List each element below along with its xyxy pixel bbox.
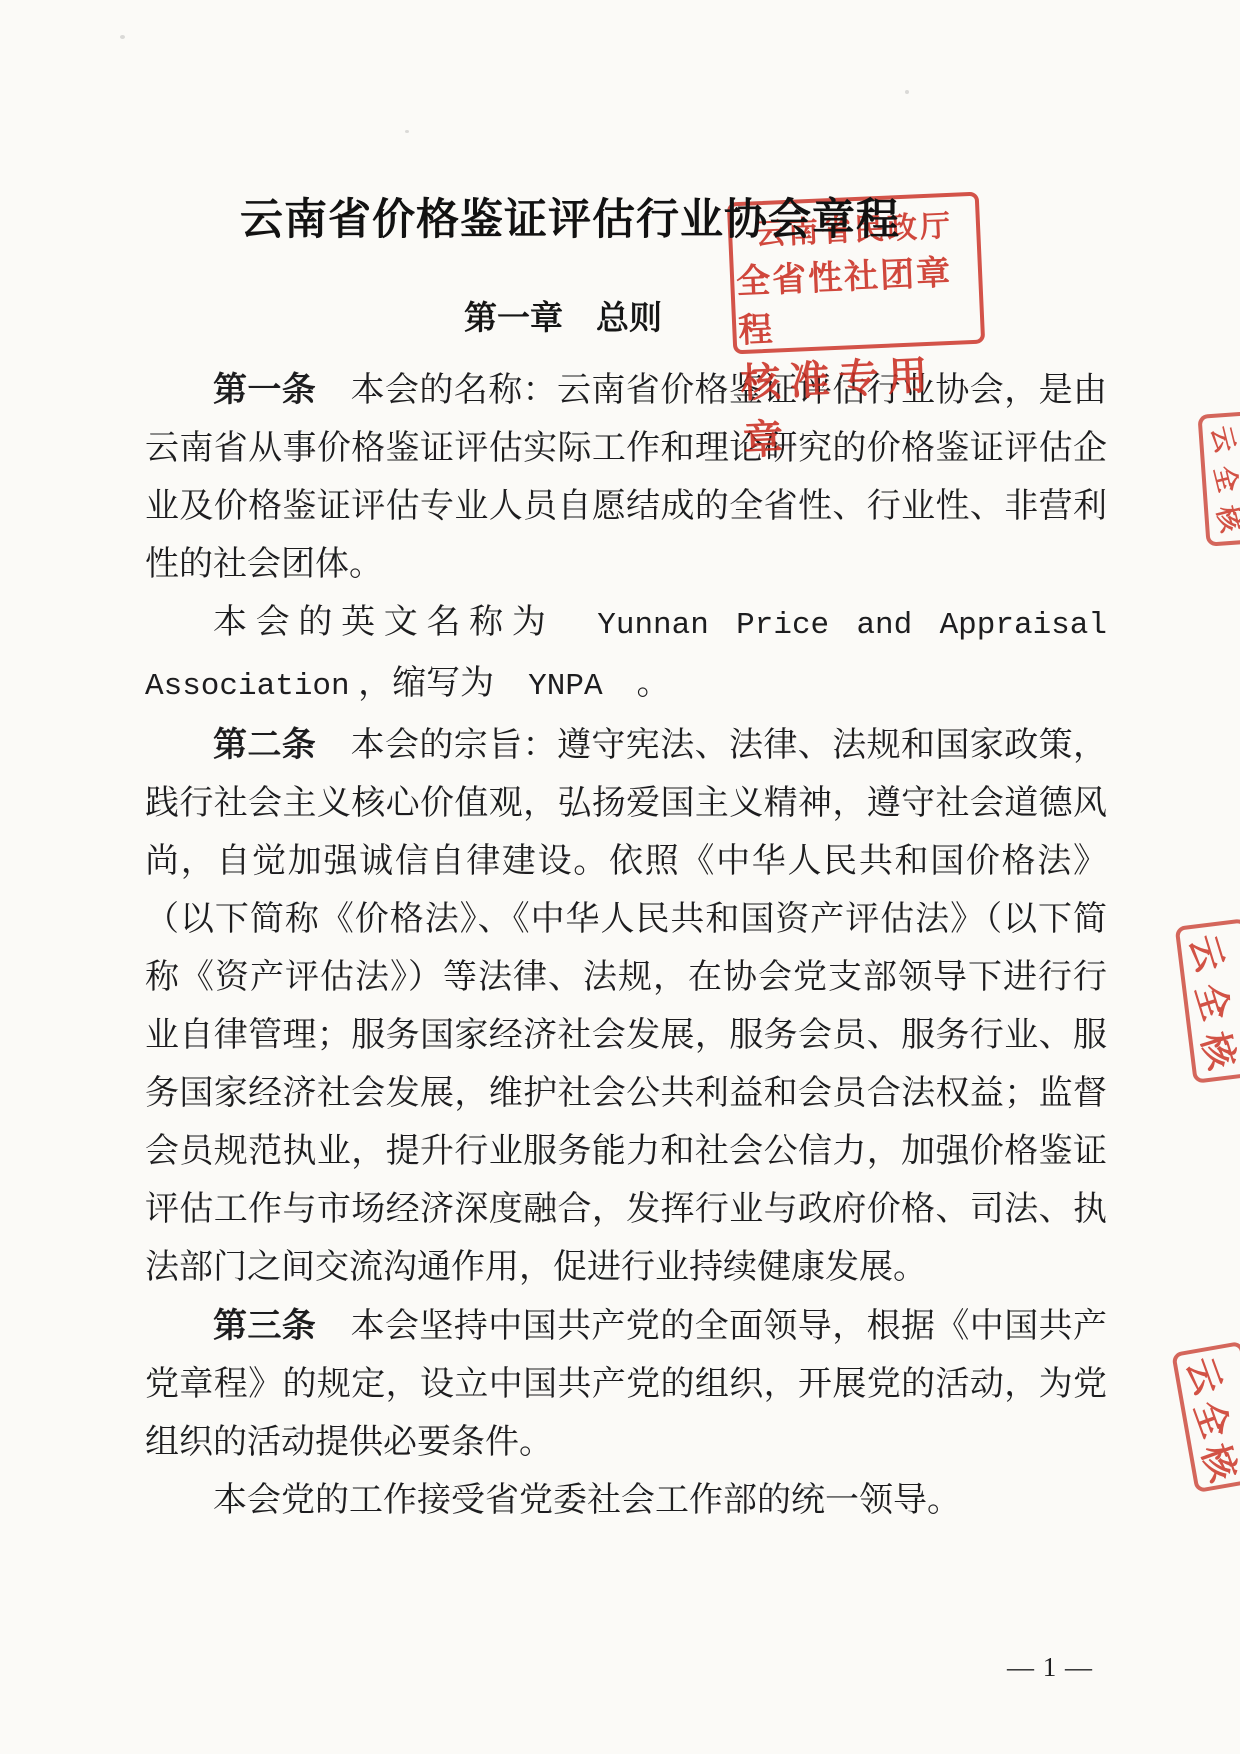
- edge-stamp-3-char-yun: 云: [1177, 1352, 1231, 1401]
- scanned-document-page: 云南省民政厅 全省性社团章程 核准专用章 云南省价格鉴证评估行业协会章程 第一章…: [0, 0, 1240, 1754]
- edge-stamp-1-char-quan: 全: [1203, 462, 1240, 496]
- paragraph-article-2: 第二条 本会的宗旨：遵守宪法、法律、法规和国家政策，践行社会主义核心价值观，弘扬…: [145, 716, 1107, 1297]
- scan-speck: [905, 90, 909, 94]
- page-number: — 1 —: [990, 1652, 1110, 1683]
- article-1-label: 第一条: [213, 371, 316, 409]
- article-2-text: 本会的宗旨：遵守宪法、法律、法规和国家政策，践行社会主义核心价值观，弘扬爱国主义…: [145, 727, 1107, 1286]
- edge-stamp-3-char-he: 核: [1192, 1438, 1240, 1487]
- edge-stamp-2-char-yun: 云: [1178, 929, 1234, 977]
- scan-speck: [405, 130, 409, 133]
- paragraph-english-name: 本会的英文名称为 Yunnan Price and Appraisal Asso…: [145, 594, 1107, 716]
- chapter-heading: 第一章 总则: [83, 292, 1043, 339]
- edge-stamp-2-char-quan: 全: [1184, 978, 1240, 1026]
- english-abbreviation: YNPA: [528, 669, 602, 704]
- edge-seam-stamp-1: 云 全 核: [1197, 411, 1240, 546]
- paragraph-article-3: 第三条 本会坚持中国共产党的全面领导，根据《中国共产党章程》的规定，设立中国共产…: [145, 1297, 1107, 1472]
- english-name-prefix: 本会的英文名称为: [213, 604, 597, 641]
- edge-stamp-1-char-yun: 云: [1201, 422, 1240, 456]
- party-leadership-text: 本会党的工作接受省党委社会工作部的统一领导。: [213, 1482, 961, 1519]
- english-name-suffix: 。: [603, 665, 671, 702]
- edge-seam-stamp-3: 云 全 核: [1171, 1341, 1240, 1493]
- document-body: 第一条 本会的名称：云南省价格鉴证评估行业协会，是由云南省从事价格鉴证评估实际工…: [145, 361, 1107, 1530]
- article-3-label: 第三条: [213, 1307, 316, 1345]
- edge-stamp-1-char-he: 核: [1206, 502, 1240, 536]
- edge-stamp-3-char-quan: 全: [1184, 1395, 1238, 1444]
- english-name-mid: ，缩写为: [350, 665, 529, 702]
- approval-stamp-line3: 核准专用章: [739, 342, 984, 466]
- scan-speck: [120, 35, 125, 39]
- article-2-label: 第二条: [213, 726, 316, 764]
- paragraph-party-leadership: 本会党的工作接受省党委社会工作部的统一领导。: [145, 1472, 1107, 1530]
- document-title: 云南省价格鉴证评估行业协会章程: [90, 186, 1050, 247]
- edge-seam-stamp-2: 云 全 核: [1175, 918, 1240, 1084]
- edge-stamp-2-char-he: 核: [1190, 1026, 1240, 1074]
